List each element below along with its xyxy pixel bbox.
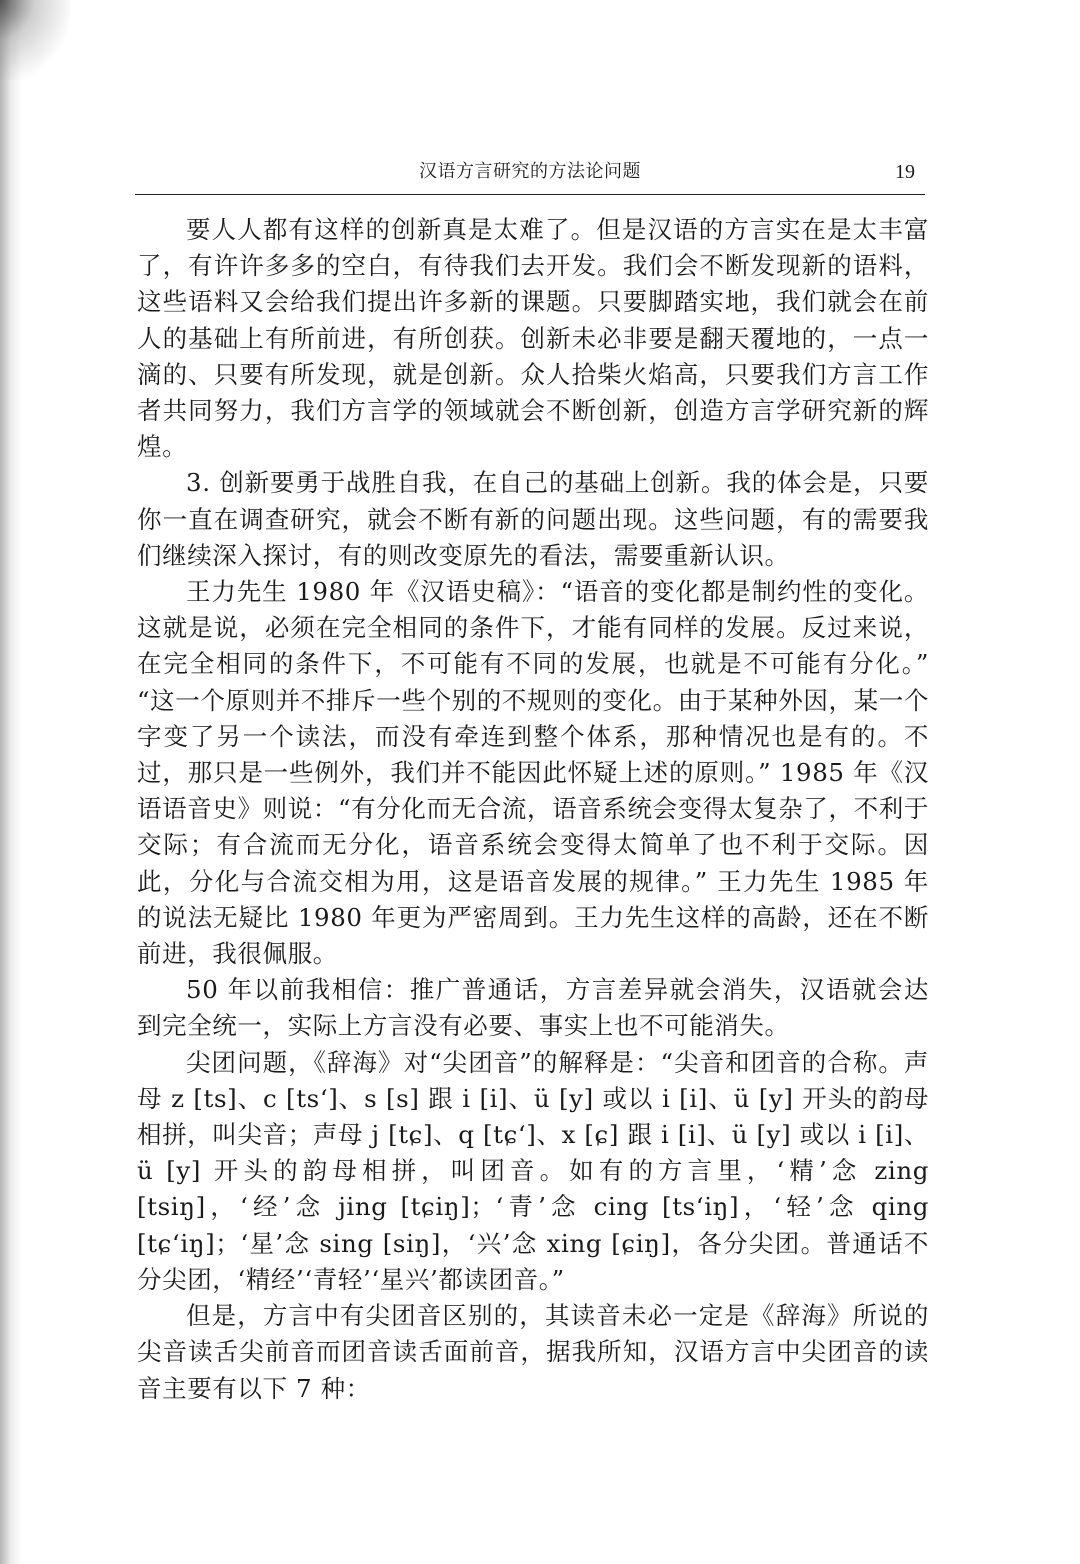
paragraph-fifty-years: 50 年以前我相信：推广普通话，方言差异就会消失，汉语就会达到完全统一，实际上方… (137, 972, 929, 1044)
running-head-title: 汉语方言研究的方法论问题 (135, 158, 925, 186)
paragraph-jiantuan-definition: 尖团问题，《辞海》对“尖团音”的解释是：“尖音和团音的合称。声母 z [ts]、… (137, 1045, 929, 1298)
scan-corner-shadow (0, 0, 70, 80)
paragraph-jiantuan-types: 但是，方言中有尖团音区别的，其读音未必一定是《辞海》所说的尖音读舌尖前音而团音读… (137, 1298, 929, 1407)
paragraph-point-3: 3. 创新要勇于战胜自我，在自己的基础上创新。我的体会是，只要你一直在调查研究，… (137, 465, 929, 574)
paragraph-wang-li: 王力先生 1980 年《汉语史稿》：“语音的变化都是制约性的变化。这就是说，必须… (137, 574, 929, 972)
running-head: 汉语方言研究的方法论问题 19 (135, 158, 925, 195)
paragraph-innovation-difficulty: 要人人都有这样的创新真是太难了。但是汉语的方言实在是太丰富了，有许许多多的空白，… (137, 212, 929, 465)
page-number: 19 (895, 158, 915, 186)
scan-binding-shadow (0, 0, 22, 1564)
body-text: 要人人都有这样的创新真是太难了。但是汉语的方言实在是太丰富了，有许许多多的空白，… (137, 212, 929, 1407)
